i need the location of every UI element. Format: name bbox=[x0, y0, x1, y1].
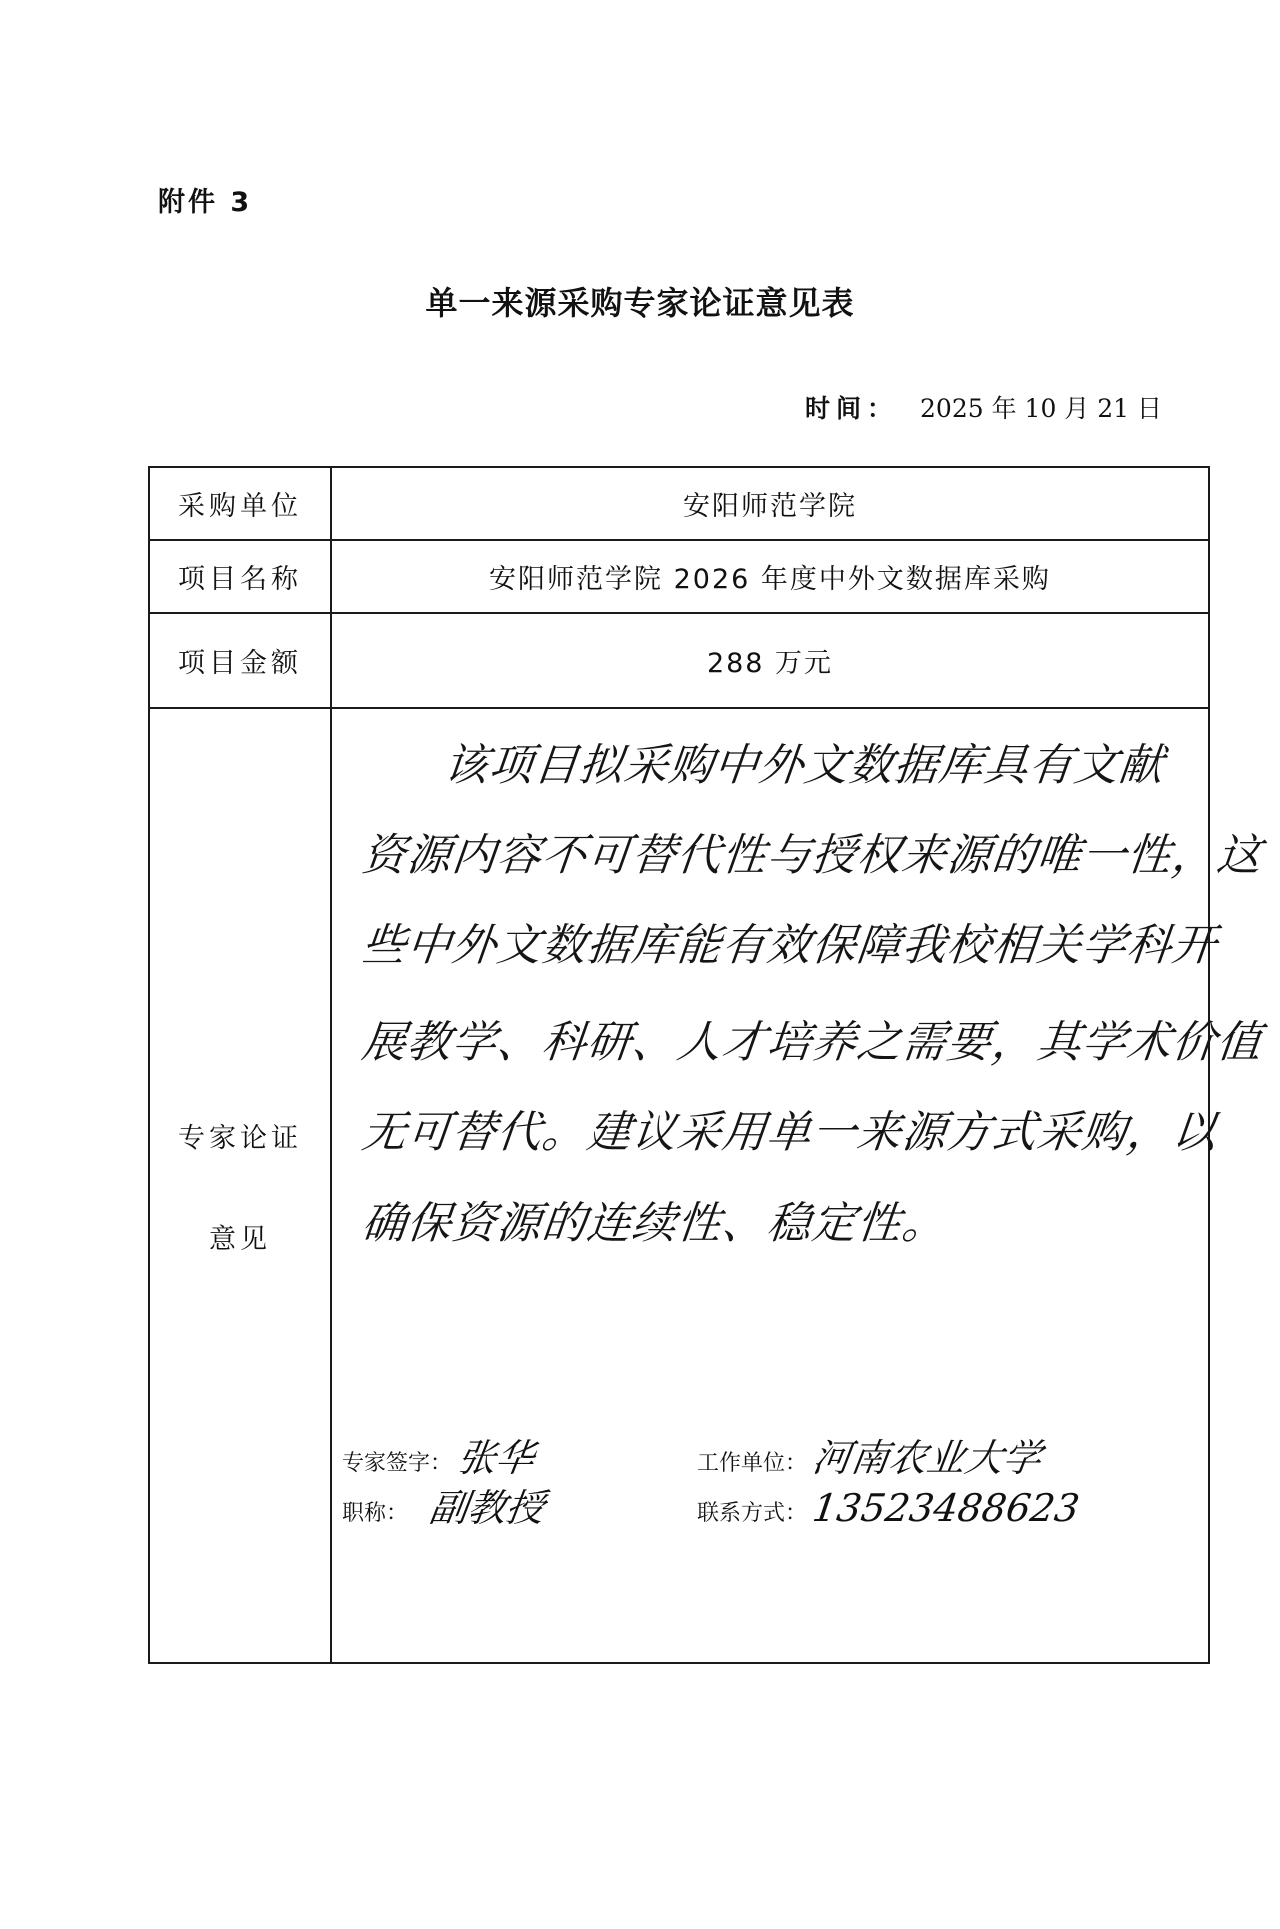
expert-signature-label: 专家签字： bbox=[342, 1446, 452, 1477]
expert-title-field: 职称： 副教授 bbox=[342, 1489, 544, 1527]
work-unit-label: 工作单位： bbox=[697, 1446, 807, 1477]
handwritten-opinion-line: 展教学、科研、人才培养之需要，其学术价值 bbox=[360, 1021, 1193, 1065]
handwritten-opinion-line: 些中外文数据库能有效保障我校相关学科开 bbox=[360, 924, 1193, 968]
project-amount-value: 288 万元 bbox=[332, 614, 1208, 707]
project-name-label: 项目名称 bbox=[150, 541, 332, 612]
handwritten-opinion-line: 确保资源的连续性、稳定性。 bbox=[360, 1202, 1193, 1246]
purchasing-unit-label: 采购单位 bbox=[150, 468, 332, 539]
expert-signature-value: 张华 bbox=[455, 1439, 536, 1477]
expert-opinion-label: 专家论证 意见 bbox=[150, 709, 332, 1662]
handwritten-opinion-line: 资源内容不可替代性与授权来源的唯一性，这 bbox=[360, 834, 1193, 878]
table-row-project-amount: 项目金额 288 万元 bbox=[150, 614, 1208, 709]
work-unit-value: 河南农业大学 bbox=[810, 1439, 1043, 1477]
handwritten-opinion-line: 该项目拟采购中外文数据库具有文献 bbox=[442, 744, 1193, 788]
expert-opinion-body: 该项目拟采购中外文数据库具有文献 资源内容不可替代性与授权来源的唯一性，这 些中… bbox=[332, 709, 1208, 1662]
date-line: 时间：2025 年 10 月 21 日 bbox=[805, 389, 1162, 425]
expert-opinion-label-line1: 专家论证 bbox=[178, 1116, 302, 1155]
project-name-value: 安阳师范学院 2026 年度中外文数据库采购 bbox=[332, 541, 1208, 612]
date-label: 时间： bbox=[805, 394, 898, 423]
expert-title-label: 职称： bbox=[342, 1496, 408, 1527]
contact-label: 联系方式： bbox=[697, 1496, 807, 1527]
table-row-expert-opinion: 专家论证 意见 该项目拟采购中外文数据库具有文献 资源内容不可替代性与授权来源的… bbox=[150, 709, 1208, 1662]
expert-title-value: 副教授 bbox=[427, 1489, 546, 1527]
expert-signature-field: 专家签字： 张华 bbox=[342, 1439, 534, 1477]
project-amount-label: 项目金额 bbox=[150, 614, 332, 707]
contact-field: 联系方式： 13523488623 bbox=[697, 1489, 1079, 1527]
opinion-form-table: 采购单位 安阳师范学院 项目名称 安阳师范学院 2026 年度中外文数据库采购 … bbox=[148, 466, 1210, 1664]
work-unit-field: 工作单位： 河南农业大学 bbox=[697, 1439, 1041, 1477]
document-title: 单一来源采购专家论证意见表 bbox=[0, 278, 1280, 324]
attachment-label: 附件 3 bbox=[158, 180, 252, 219]
table-row-project-name: 项目名称 安阳师范学院 2026 年度中外文数据库采购 bbox=[150, 541, 1208, 614]
expert-opinion-label-line2: 意见 bbox=[209, 1217, 271, 1256]
contact-value: 13523488623 bbox=[810, 1489, 1081, 1527]
table-row-purchasing-unit: 采购单位 安阳师范学院 bbox=[150, 468, 1208, 541]
date-value: 2025 年 10 月 21 日 bbox=[920, 394, 1162, 423]
purchasing-unit-value: 安阳师范学院 bbox=[332, 468, 1208, 539]
handwritten-opinion-line: 无可替代。建议采用单一来源方式采购，以 bbox=[360, 1111, 1193, 1155]
